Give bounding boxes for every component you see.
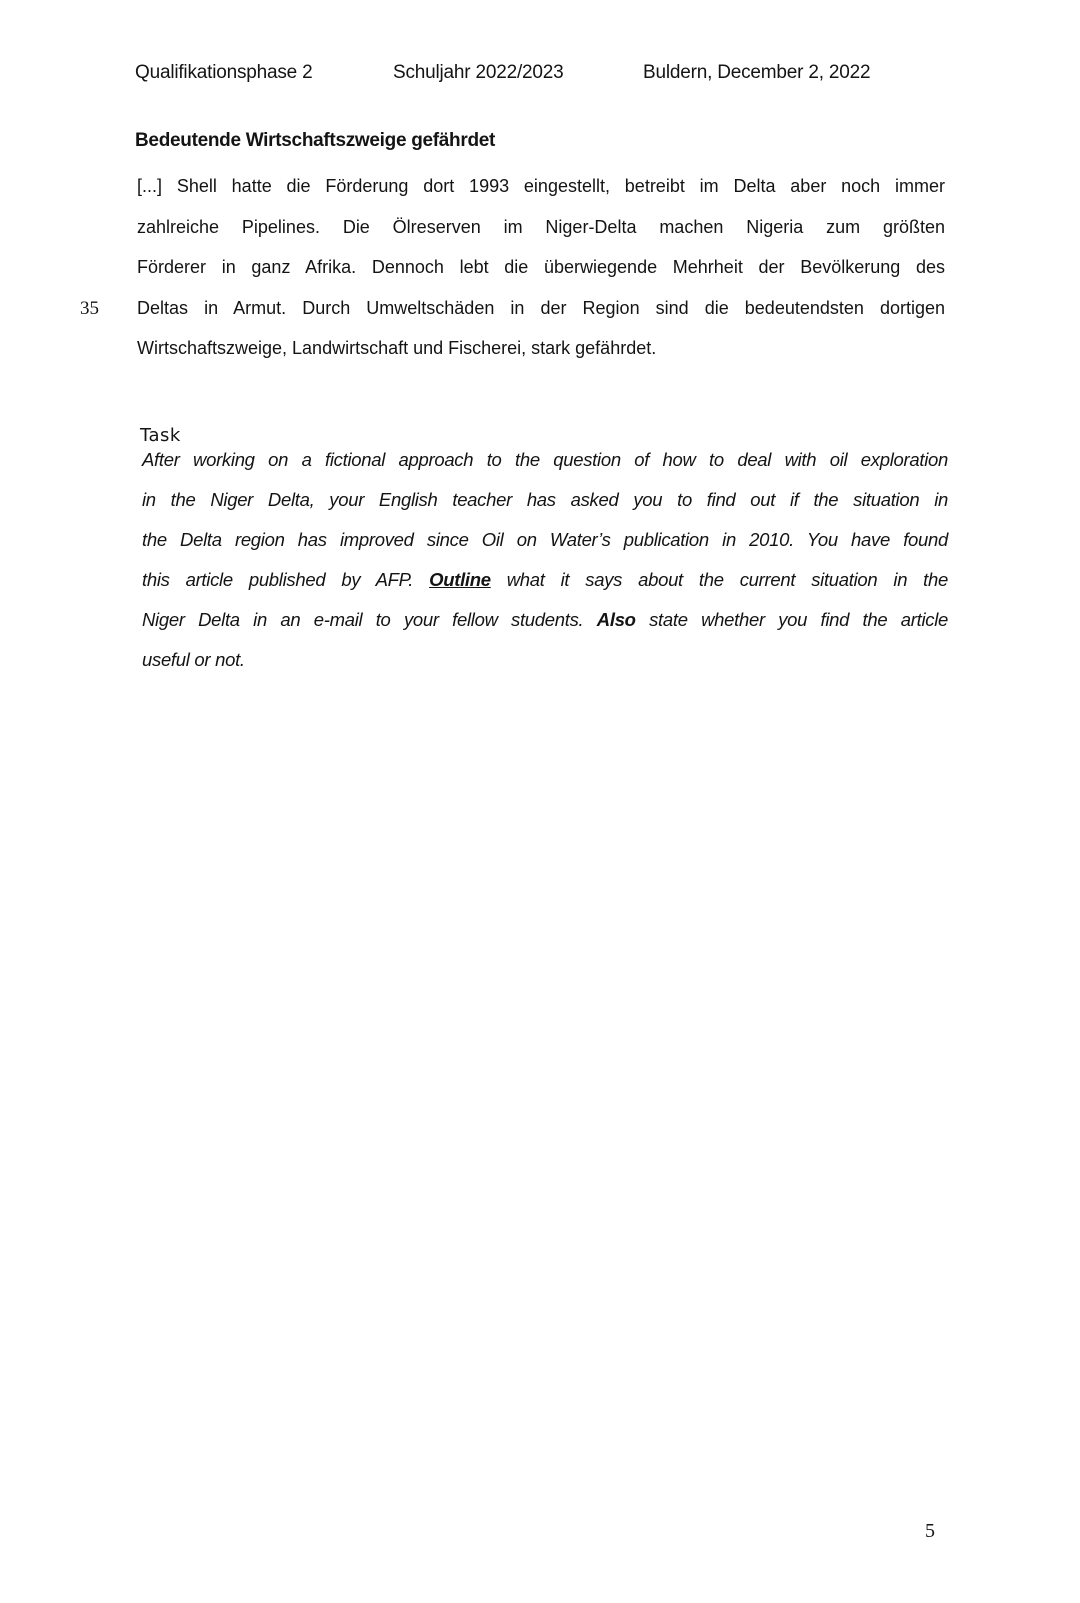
text-line: zahlreiche Pipelines. Die Ölreserven im … xyxy=(137,207,945,248)
text-line: [...] Shell hatte die Förderung dort 199… xyxy=(137,166,945,207)
task-line: Niger Delta in an e-mail to your fellow … xyxy=(142,600,948,640)
task-text: state whether you find the article xyxy=(636,609,948,630)
task-text: Niger Delta in an e-mail to your fellow … xyxy=(142,609,597,630)
task-instructions: After working on a fictional approach to… xyxy=(142,440,948,680)
text-line: Wirtschaftszweige, Landwirtschaft und Fi… xyxy=(137,328,945,369)
operator-also: Also xyxy=(597,609,636,630)
page-header: Qualifikationsphase 2Schuljahr 2022/2023… xyxy=(135,62,870,84)
header-phase: Qualifikationsphase 2 xyxy=(135,62,393,84)
text-line: Förderer in ganz Afrika. Dennoch lebt di… xyxy=(137,247,945,288)
task-text: this article published by AFP. xyxy=(142,569,429,590)
task-line: After working on a fictional approach to… xyxy=(142,440,948,480)
operator-outline: Outline xyxy=(429,569,491,590)
task-line: this article published by AFP. Outline w… xyxy=(142,560,948,600)
page-number: 5 xyxy=(925,1520,935,1543)
header-school-year: Schuljahr 2022/2023 xyxy=(393,62,643,84)
header-place-date: Buldern, December 2, 2022 xyxy=(643,62,870,84)
article-excerpt: [...] Shell hatte die Förderung dort 199… xyxy=(137,166,945,369)
task-line: in the Niger Delta, your English teacher… xyxy=(142,480,948,520)
text-line: Deltas in Armut. Durch Umweltschäden in … xyxy=(137,288,945,329)
line-number: 35 xyxy=(80,298,99,320)
task-line: useful or not. xyxy=(142,640,948,680)
task-text: what it says about the current situation… xyxy=(491,569,948,590)
section-title: Bedeutende Wirtschaftszweige gefährdet xyxy=(135,130,495,152)
task-line: the Delta region has improved since Oil … xyxy=(142,520,948,560)
